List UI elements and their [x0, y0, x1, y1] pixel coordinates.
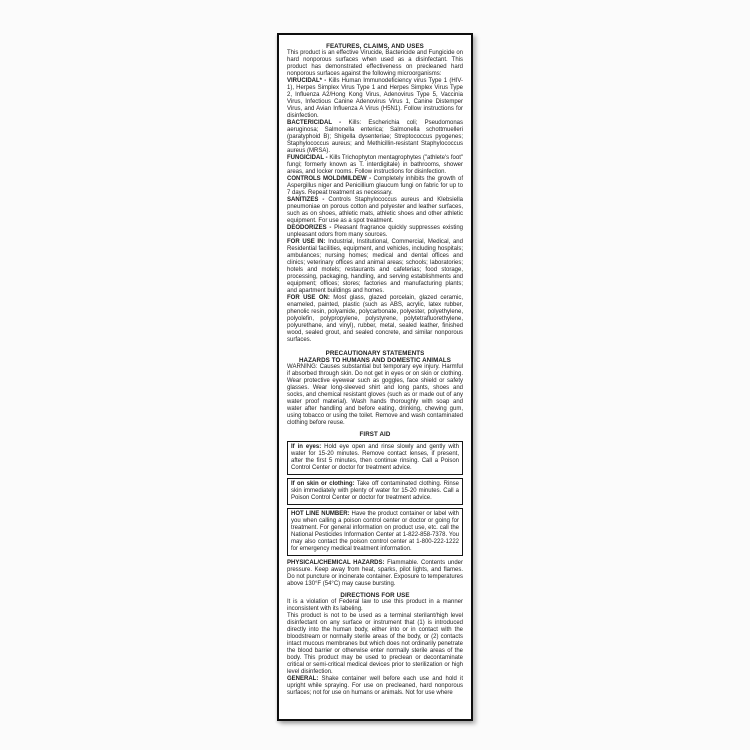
- directions-general-lead: GENERAL:: [287, 676, 318, 682]
- claim-lead-deodorizes: DEODORIZES -: [287, 225, 331, 231]
- hot-line-number-box: HOT LINE NUMBER: Have the product contai…: [287, 508, 463, 556]
- section-title-precautionary: PRECAUTIONARY STATEMENTS: [287, 350, 463, 357]
- claim-lead-bactericidal: BACTERICIDAL -: [287, 120, 341, 126]
- physical-chemical-hazards-paragraph: PHYSICAL/CHEMICAL HAZARDS: Flammable. Co…: [287, 560, 463, 588]
- physical-chemical-hazards-lead: PHYSICAL/CHEMICAL HAZARDS:: [287, 560, 385, 566]
- claim-paragraph-mold-mildew: CONTROLS MOLD/MILDEW - Completely inhibi…: [287, 176, 463, 197]
- product-label: FEATURES, CLAIMS, AND USES This product …: [277, 33, 473, 721]
- warning-paragraph: WARNING: Causes substantial but temporar…: [287, 364, 463, 427]
- hot-line-lead: HOT LINE NUMBER:: [291, 511, 350, 517]
- claim-lead-virucidal: VIRUCIDAL* -: [287, 78, 326, 84]
- first-aid-skin-lead: If on skin or clothing:: [291, 481, 355, 487]
- claim-text-virucidal: Kills Human Immunodeficiency virus Type …: [287, 78, 463, 119]
- claim-lead-fungicidal: FUNGICIDAL -: [287, 155, 328, 161]
- section-title-features: FEATURES, CLAIMS, AND USES: [287, 43, 463, 50]
- claim-lead-mold-mildew: CONTROLS MOLD/MILDEW -: [287, 176, 371, 182]
- claim-paragraph-sanitizes: SANITIZES - Controls Staphylococcus aure…: [287, 197, 463, 225]
- claim-paragraph-virucidal: VIRUCIDAL* - Kills Human Immunodeficienc…: [287, 78, 463, 120]
- section-subtitle-hazards: HAZARDS TO HUMANS AND DOMESTIC ANIMALS: [287, 357, 463, 364]
- first-aid-box-eyes: If in eyes: Hold eye open and rinse slow…: [287, 441, 463, 475]
- claim-lead-for-use-on: FOR USE ON:: [287, 295, 330, 301]
- hot-line-paragraph: HOT LINE NUMBER: Have the product contai…: [291, 511, 459, 553]
- claim-paragraph-deodorizes: DEODORIZES - Pleasant fragrance quickly …: [287, 225, 463, 239]
- directions-restrictions-paragraph: This product is not to be used as a term…: [287, 613, 463, 676]
- section-title-first-aid: FIRST AID: [287, 431, 463, 438]
- claim-lead-sanitizes: SANITIZES -: [287, 197, 324, 203]
- directions-general-paragraph: GENERAL: Shake container well before eac…: [287, 676, 463, 697]
- claim-paragraph-for-use-on: FOR USE ON: Most glass, glazed porcelain…: [287, 295, 463, 344]
- page-background: FEATURES, CLAIMS, AND USES This product …: [0, 0, 750, 750]
- claim-text-for-use-on: Most glass, glazed porcelain, glazed cer…: [287, 295, 463, 343]
- claim-paragraph-bactericidal: BACTERICIDAL - Kills: Escherichia coli; …: [287, 120, 463, 155]
- claim-paragraph-for-use-in: FOR USE IN: Industrial, Institutional, C…: [287, 239, 463, 295]
- directions-violation-paragraph: It is a violation of Federal law to use …: [287, 599, 463, 613]
- claim-paragraph-fungicidal: FUNGICIDAL - Kills Trichophyton mentagro…: [287, 155, 463, 176]
- section-title-directions: DIRECTIONS FOR USE: [287, 592, 463, 599]
- first-aid-box-skin: If on skin or clothing: Take off contami…: [287, 478, 463, 505]
- features-intro-paragraph: This product is an effective Virucide, B…: [287, 50, 463, 78]
- first-aid-eyes-paragraph: If in eyes: Hold eye open and rinse slow…: [291, 444, 459, 472]
- claim-lead-for-use-in: FOR USE IN:: [287, 239, 325, 245]
- hot-line-text: Have the product container or label with…: [291, 511, 459, 552]
- first-aid-skin-paragraph: If on skin or clothing: Take off contami…: [291, 481, 459, 502]
- claim-text-for-use-in: Industrial, Institutional, Commercial, M…: [287, 239, 463, 294]
- first-aid-eyes-lead: If in eyes:: [291, 444, 321, 450]
